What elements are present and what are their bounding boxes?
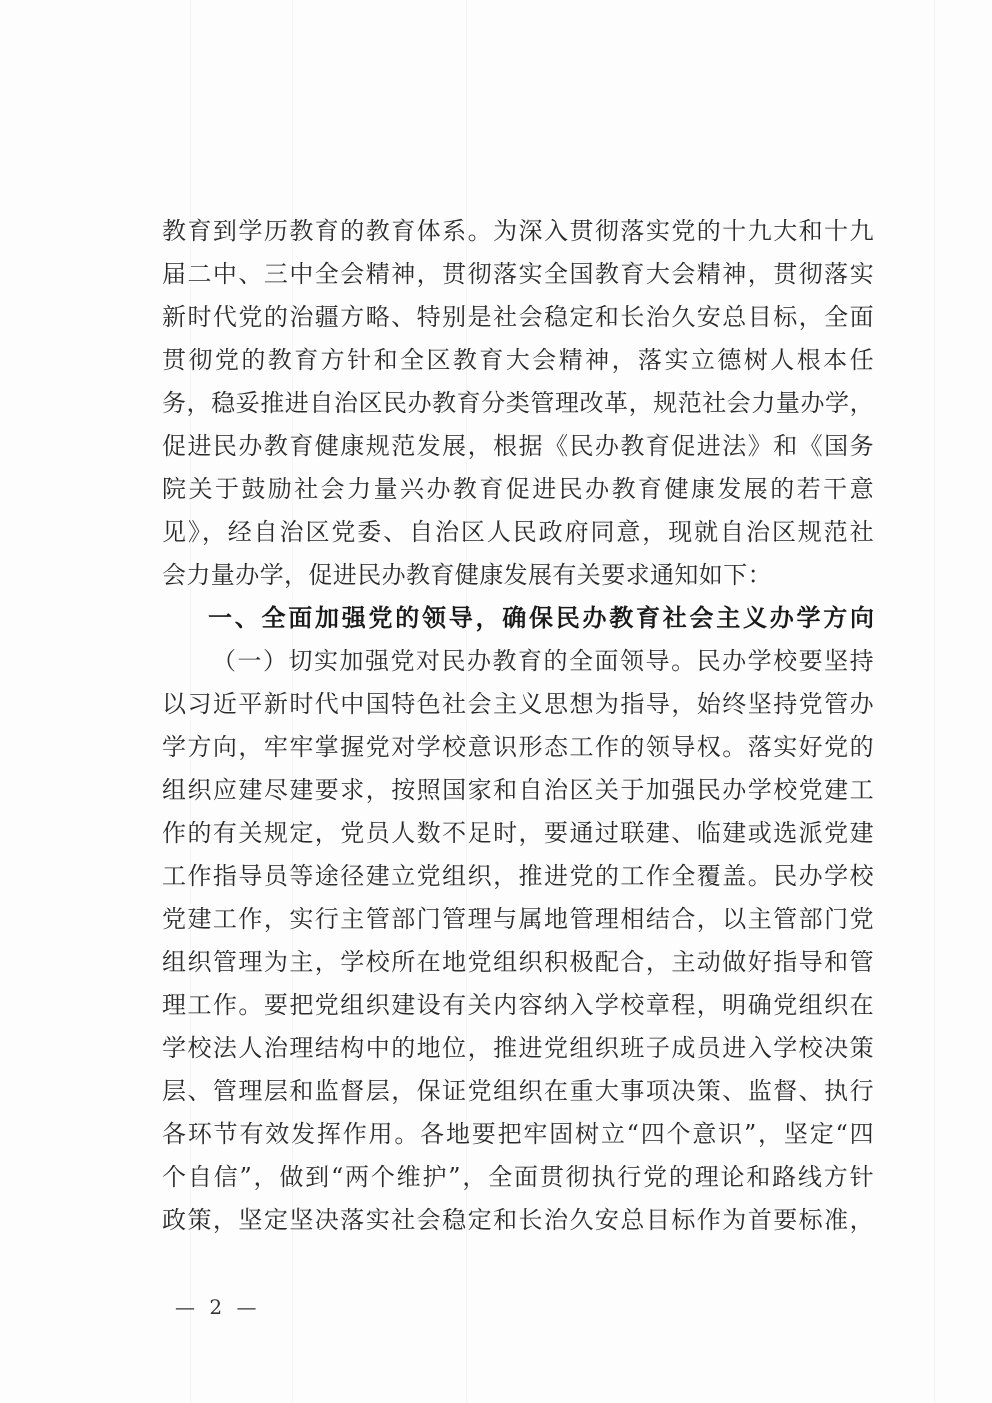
page-number: — 2 — (175, 1295, 260, 1319)
document-body: 教育到学历教育的教育体系。为深入贯彻落实党的十九大和十九 届二中、三中全会精神，… (162, 210, 874, 1242)
subsection-line: 学校法人治理结构中的地位，推进党组织班子成员进入学校决策 (162, 1027, 874, 1070)
paragraph-line: 新时代党的治疆方略、特别是社会稳定和长治久安总目标，全面 (162, 296, 874, 339)
subsection-line: 政策，坚定坚决落实社会稳定和长治久安总目标作为首要标准， (162, 1199, 874, 1242)
paragraph-line: 会力量办学，促进民办教育健康发展有关要求通知如下： (162, 554, 874, 597)
subsection-line: 党建工作，实行主管部门管理与属地管理相结合，以主管部门党 (162, 898, 874, 941)
subsection-line: 学方向，牢牢掌握党对学校意识形态工作的领导权。落实好党的 (162, 726, 874, 769)
document-page: 教育到学历教育的教育体系。为深入贯彻落实党的十九大和十九 届二中、三中全会精神，… (0, 0, 992, 1403)
subsection-line: 理工作。要把党组织建设有关内容纳入学校章程，明确党组织在 (162, 984, 874, 1027)
paragraph-line: 贯彻党的教育方针和全区教育大会精神，落实立德树人根本任 (162, 339, 874, 382)
paragraph-line: 见》，经自治区党委、自治区人民政府同意，现就自治区规范社 (162, 511, 874, 554)
paragraph-line: 务，稳妥推进自治区民办教育分类管理改革，规范社会力量办学， (162, 382, 874, 425)
section-heading: 一、全面加强党的领导，确保民办教育社会主义办学方向 (162, 597, 874, 640)
subsection-line: 组织管理为主，学校所在地党组织积极配合，主动做好指导和管 (162, 941, 874, 984)
subsection-line: 层、管理层和监督层，保证党组织在重大事项决策、监督、执行 (162, 1070, 874, 1113)
paragraph-line: 促进民办教育健康规范发展，根据《民办教育促进法》和《国务 (162, 425, 874, 468)
subsection-line: 作的有关规定，党员人数不足时，要通过联建、临建或选派党建 (162, 812, 874, 855)
subsection-line: 组织应建尽建要求，按照国家和自治区关于加强民办学校党建工 (162, 769, 874, 812)
subsection-line: 各环节有效发挥作用。各地要把牢固树立“四个意识”，坚定“四 (162, 1113, 874, 1156)
paragraph-line: 院关于鼓励社会力量兴办教育促进民办教育健康发展的若干意 (162, 468, 874, 511)
subsection-line: （一）切实加强党对民办教育的全面领导。民办学校要坚持 (162, 640, 874, 683)
subsection-line: 个自信”，做到“两个维护”，全面贯彻执行党的理论和路线方针 (162, 1156, 874, 1199)
paragraph-line: 教育到学历教育的教育体系。为深入贯彻落实党的十九大和十九 (162, 210, 874, 253)
subsection-line: 以习近平新时代中国特色社会主义思想为指导，始终坚持党管办 (162, 683, 874, 726)
subsection-line: 工作指导员等途径建立党组织，推进党的工作全覆盖。民办学校 (162, 855, 874, 898)
paragraph-line: 届二中、三中全会精神，贯彻落实全国教育大会精神，贯彻落实 (162, 253, 874, 296)
scan-artifact-line (934, 0, 935, 1403)
